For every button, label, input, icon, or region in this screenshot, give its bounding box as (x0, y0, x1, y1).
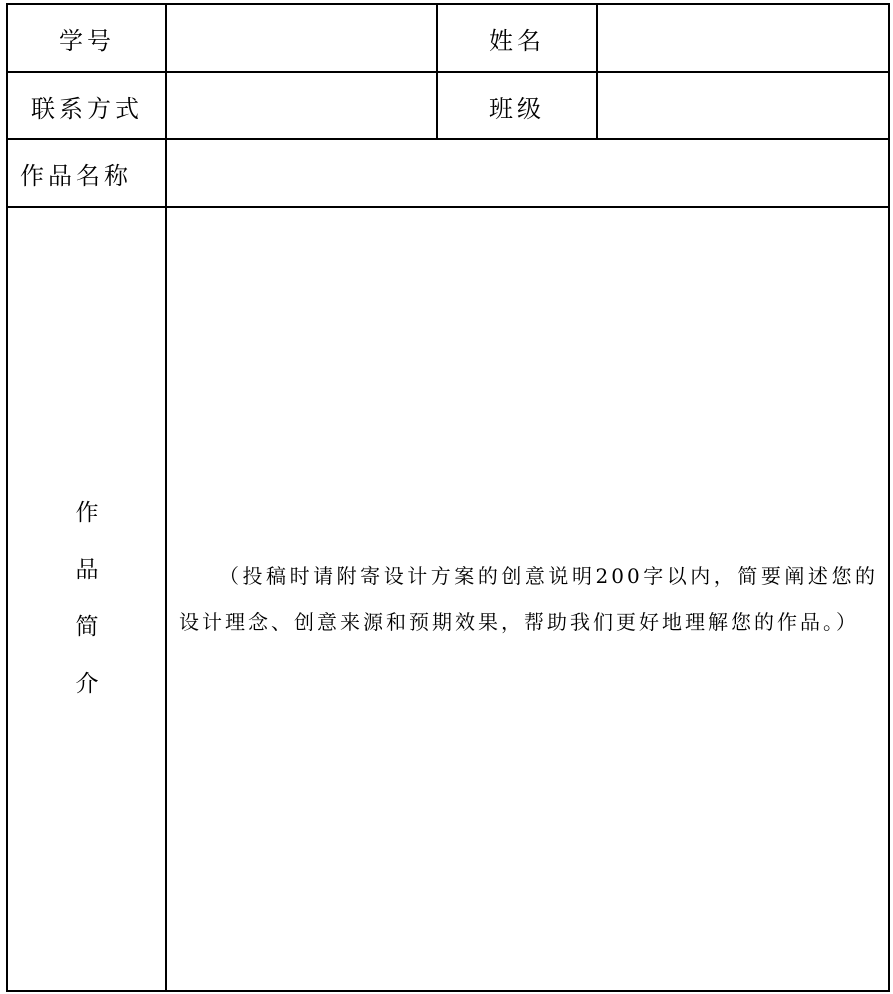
work-intro-field[interactable]: （投稿时请附寄设计方案的创意说明200字以内，简要阐述您的设计理念、创意来源和预… (167, 208, 888, 990)
contact-label: 联系方式 (8, 73, 166, 139)
student-id-label: 学号 (8, 5, 166, 72)
work-intro-char-1: 作 (76, 485, 99, 542)
class-field[interactable] (598, 73, 888, 139)
work-title-label-text: 作品名称 (20, 156, 132, 191)
name-label: 姓名 (438, 5, 596, 72)
work-intro-instruction: （投稿时请附寄设计方案的创意说明200字以内，简要阐述您的设计理念、创意来源和预… (179, 553, 878, 645)
student-id-field[interactable] (167, 5, 436, 72)
class-label-text: 班级 (489, 89, 545, 124)
contact-field[interactable] (167, 73, 436, 139)
student-id-label-text: 学号 (59, 21, 115, 56)
work-title-field[interactable] (167, 140, 888, 207)
work-intro-label: 作 品 简 介 (8, 208, 166, 990)
name-label-text: 姓名 (489, 21, 545, 56)
contact-label-text: 联系方式 (31, 89, 143, 124)
work-intro-char-4: 介 (76, 656, 99, 713)
name-field[interactable] (598, 5, 888, 72)
submission-form-table: 学号 姓名 联系方式 班级 作品名称 作 品 简 介 （投稿时请附寄设计方案的创… (6, 3, 890, 992)
work-title-label: 作品名称 (8, 140, 166, 207)
work-intro-char-3: 简 (76, 599, 99, 656)
work-intro-char-2: 品 (76, 542, 99, 599)
class-label: 班级 (438, 73, 596, 139)
